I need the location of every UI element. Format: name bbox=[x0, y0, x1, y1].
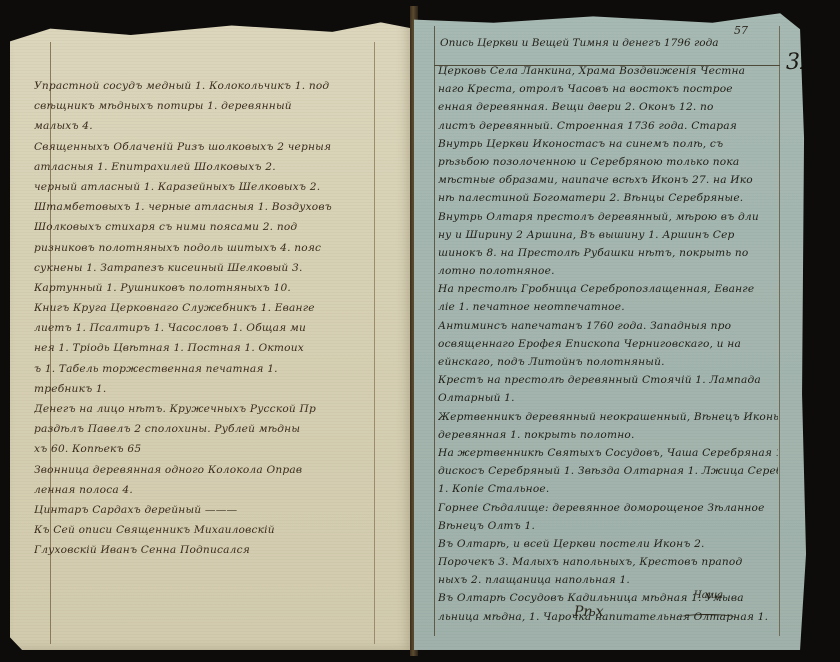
text-line: Внутрь Церкви Иконостасъ на синемъ полѣ,… bbox=[438, 135, 778, 153]
text-line: малыхъ 4. bbox=[34, 116, 374, 136]
text-line: Антиминсъ напечатанъ 1760 года. Западныя… bbox=[438, 317, 778, 335]
right-page-text: Церковь Села Ланкина, Храма Воздвиженія … bbox=[438, 62, 778, 626]
text-line: Въ Олтарѣ, и всей Церкви постели Иконъ 2… bbox=[438, 535, 778, 553]
text-line: освященнаго Ерофея Епископа Черниговскаг… bbox=[438, 335, 778, 353]
text-line: Олтарный 1. bbox=[438, 389, 778, 407]
page-header: Опись Церкви и Вещей Тимня и денегъ 1796… bbox=[440, 37, 780, 49]
text-line: Внутрь Олтаря престолъ деревянный, мѣрою… bbox=[438, 208, 778, 226]
text-line: деревянная 1. покрыть полотно. bbox=[438, 426, 778, 444]
text-line: Церковь Села Ланкина, Храма Воздвиженія … bbox=[438, 62, 778, 80]
right-left-margin-rule bbox=[434, 26, 435, 636]
text-line: Священныхъ Облаченій Ризъ шолковыхъ 2 че… bbox=[34, 137, 374, 157]
text-line: енная деревянная. Вещи двери 2. Оконъ 12… bbox=[438, 98, 778, 116]
text-line: Цинтаръ Сардахъ дерейный ——— bbox=[34, 500, 374, 520]
right-right-margin-rule bbox=[779, 26, 780, 636]
text-line: Упрастной сосудъ медный 1. Колокольчикъ … bbox=[34, 76, 374, 96]
text-line: мѣстные образами, наипаче всѣхъ Иконъ 27… bbox=[438, 171, 778, 189]
left-page-text: Упрастной сосудъ медный 1. Колокольчикъ … bbox=[34, 76, 374, 561]
text-line: ъ 1. Табель торжественная печатная 1. bbox=[34, 359, 374, 379]
text-line: Къ Сей описи Священникъ Михаиловскій bbox=[34, 520, 374, 540]
text-line: Горнее Сѣдалище: деревянное доморощеное … bbox=[438, 499, 778, 517]
text-line: 1. Копіе Стальное. bbox=[438, 480, 778, 498]
text-line: Штамбетовыхъ 1. черные атласныя 1. Возду… bbox=[34, 197, 374, 217]
text-line: На престолѣ Гробница Серебропозлащенная,… bbox=[438, 280, 778, 298]
text-line: Шолковыхъ стихаря съ ними поясами 2. под bbox=[34, 217, 374, 237]
text-line: ну и Ширину 2 Аршина, Въ вышину 1. Аршин… bbox=[438, 226, 778, 244]
text-line: Жертвенникъ деревянный неокрашенный, Вѣн… bbox=[438, 408, 778, 426]
folio-number: 32 bbox=[786, 50, 814, 75]
text-line: нея 1. Тріодь Цвѣтная 1. Постная 1. Окто… bbox=[34, 338, 374, 358]
right-page: 57 Опись Церкви и Вещей Тимня и денегъ 1… bbox=[414, 10, 812, 650]
text-line: Картунный 1. Рушниковъ полотняныхъ 10. bbox=[34, 278, 374, 298]
text-line: Книгъ Круга Церковнаго Служебникъ 1. Ева… bbox=[34, 298, 374, 318]
text-line: свѣщникъ мѣдныхъ потиры 1. деревянный bbox=[34, 96, 374, 116]
text-line: Звонница деревянная одного Колокола Опра… bbox=[34, 460, 374, 480]
text-line: хъ 60. Копѣекъ 65 bbox=[34, 439, 374, 459]
text-line: Глуховскій Иванъ Сенна Подписался bbox=[34, 540, 374, 560]
signature-flourish bbox=[676, 614, 738, 623]
text-line: Крестъ на престолѣ деревянный Стоячій 1.… bbox=[438, 371, 778, 389]
bottom-mark-left: Рѣх bbox=[574, 604, 604, 620]
text-line: лотно полотняное. bbox=[438, 262, 778, 280]
bottom-mark-right: Чаша bbox=[694, 590, 723, 601]
text-line: ліе 1. печатное неотпечатное. bbox=[438, 298, 778, 316]
manuscript-spread: Упрастной сосудъ медный 1. Колокольчикъ … bbox=[0, 0, 840, 662]
text-line: Денегъ на лицо нѣтъ. Кружечныхъ Русской … bbox=[34, 399, 374, 419]
text-line: Въ Олтарѣ Сосудовъ Кадильница мѣдная 1. … bbox=[438, 589, 778, 607]
text-line: рѣзьбою позолоченною и Серебряною только… bbox=[438, 153, 778, 171]
text-line: Порочекъ 3. Малыхъ напольныхъ, Крестовъ … bbox=[438, 553, 778, 571]
text-line: Вѣнецъ Олтъ 1. bbox=[438, 517, 778, 535]
text-line: листъ деревянный. Строенная 1736 года. С… bbox=[438, 117, 778, 135]
text-line: раздѣлъ Павелъ 2 сполохины. Рублей мѣдны bbox=[34, 419, 374, 439]
text-line: дискосъ Серебряный 1. Звѣзда Олтарная 1.… bbox=[438, 462, 778, 480]
text-line: черный атласный 1. Каразейныхъ Шелковыхъ… bbox=[34, 177, 374, 197]
text-line: ныхъ 2. плащаница напольная 1. bbox=[438, 571, 778, 589]
text-line: нѣ палестиной Богоматери 2. Вѣнцы Серебр… bbox=[438, 189, 778, 207]
text-line: сукнены 1. Затрапезъ кисеиный Шелковый 3… bbox=[34, 258, 374, 278]
text-line: На жертвенникѣ Святыхъ Сосудовъ, Чаша Се… bbox=[438, 444, 778, 462]
text-line: ейнскаго, подъ Литойнъ полотняный. bbox=[438, 353, 778, 371]
text-line: ризниковъ полотняныхъ подоль шитыхъ 4. п… bbox=[34, 238, 374, 258]
left-page: Упрастной сосудъ медный 1. Колокольчикъ … bbox=[10, 16, 413, 650]
text-line: шинокъ 8. на Престолѣ Рубашки нѣтъ, покр… bbox=[438, 244, 778, 262]
left-right-margin-rule bbox=[374, 42, 375, 644]
text-line: наго Креста, отролъ Часовъ на востокъ по… bbox=[438, 80, 778, 98]
old-folio-mark: 57 bbox=[734, 24, 748, 37]
text-line: лиетъ 1. Псалтиръ 1. Часословъ 1. Общая … bbox=[34, 318, 374, 338]
text-line: ленная полоса 4. bbox=[34, 480, 374, 500]
text-line: требникъ 1. bbox=[34, 379, 374, 399]
text-line: атласныя 1. Епитрахилей Шолковыхъ 2. bbox=[34, 157, 374, 177]
